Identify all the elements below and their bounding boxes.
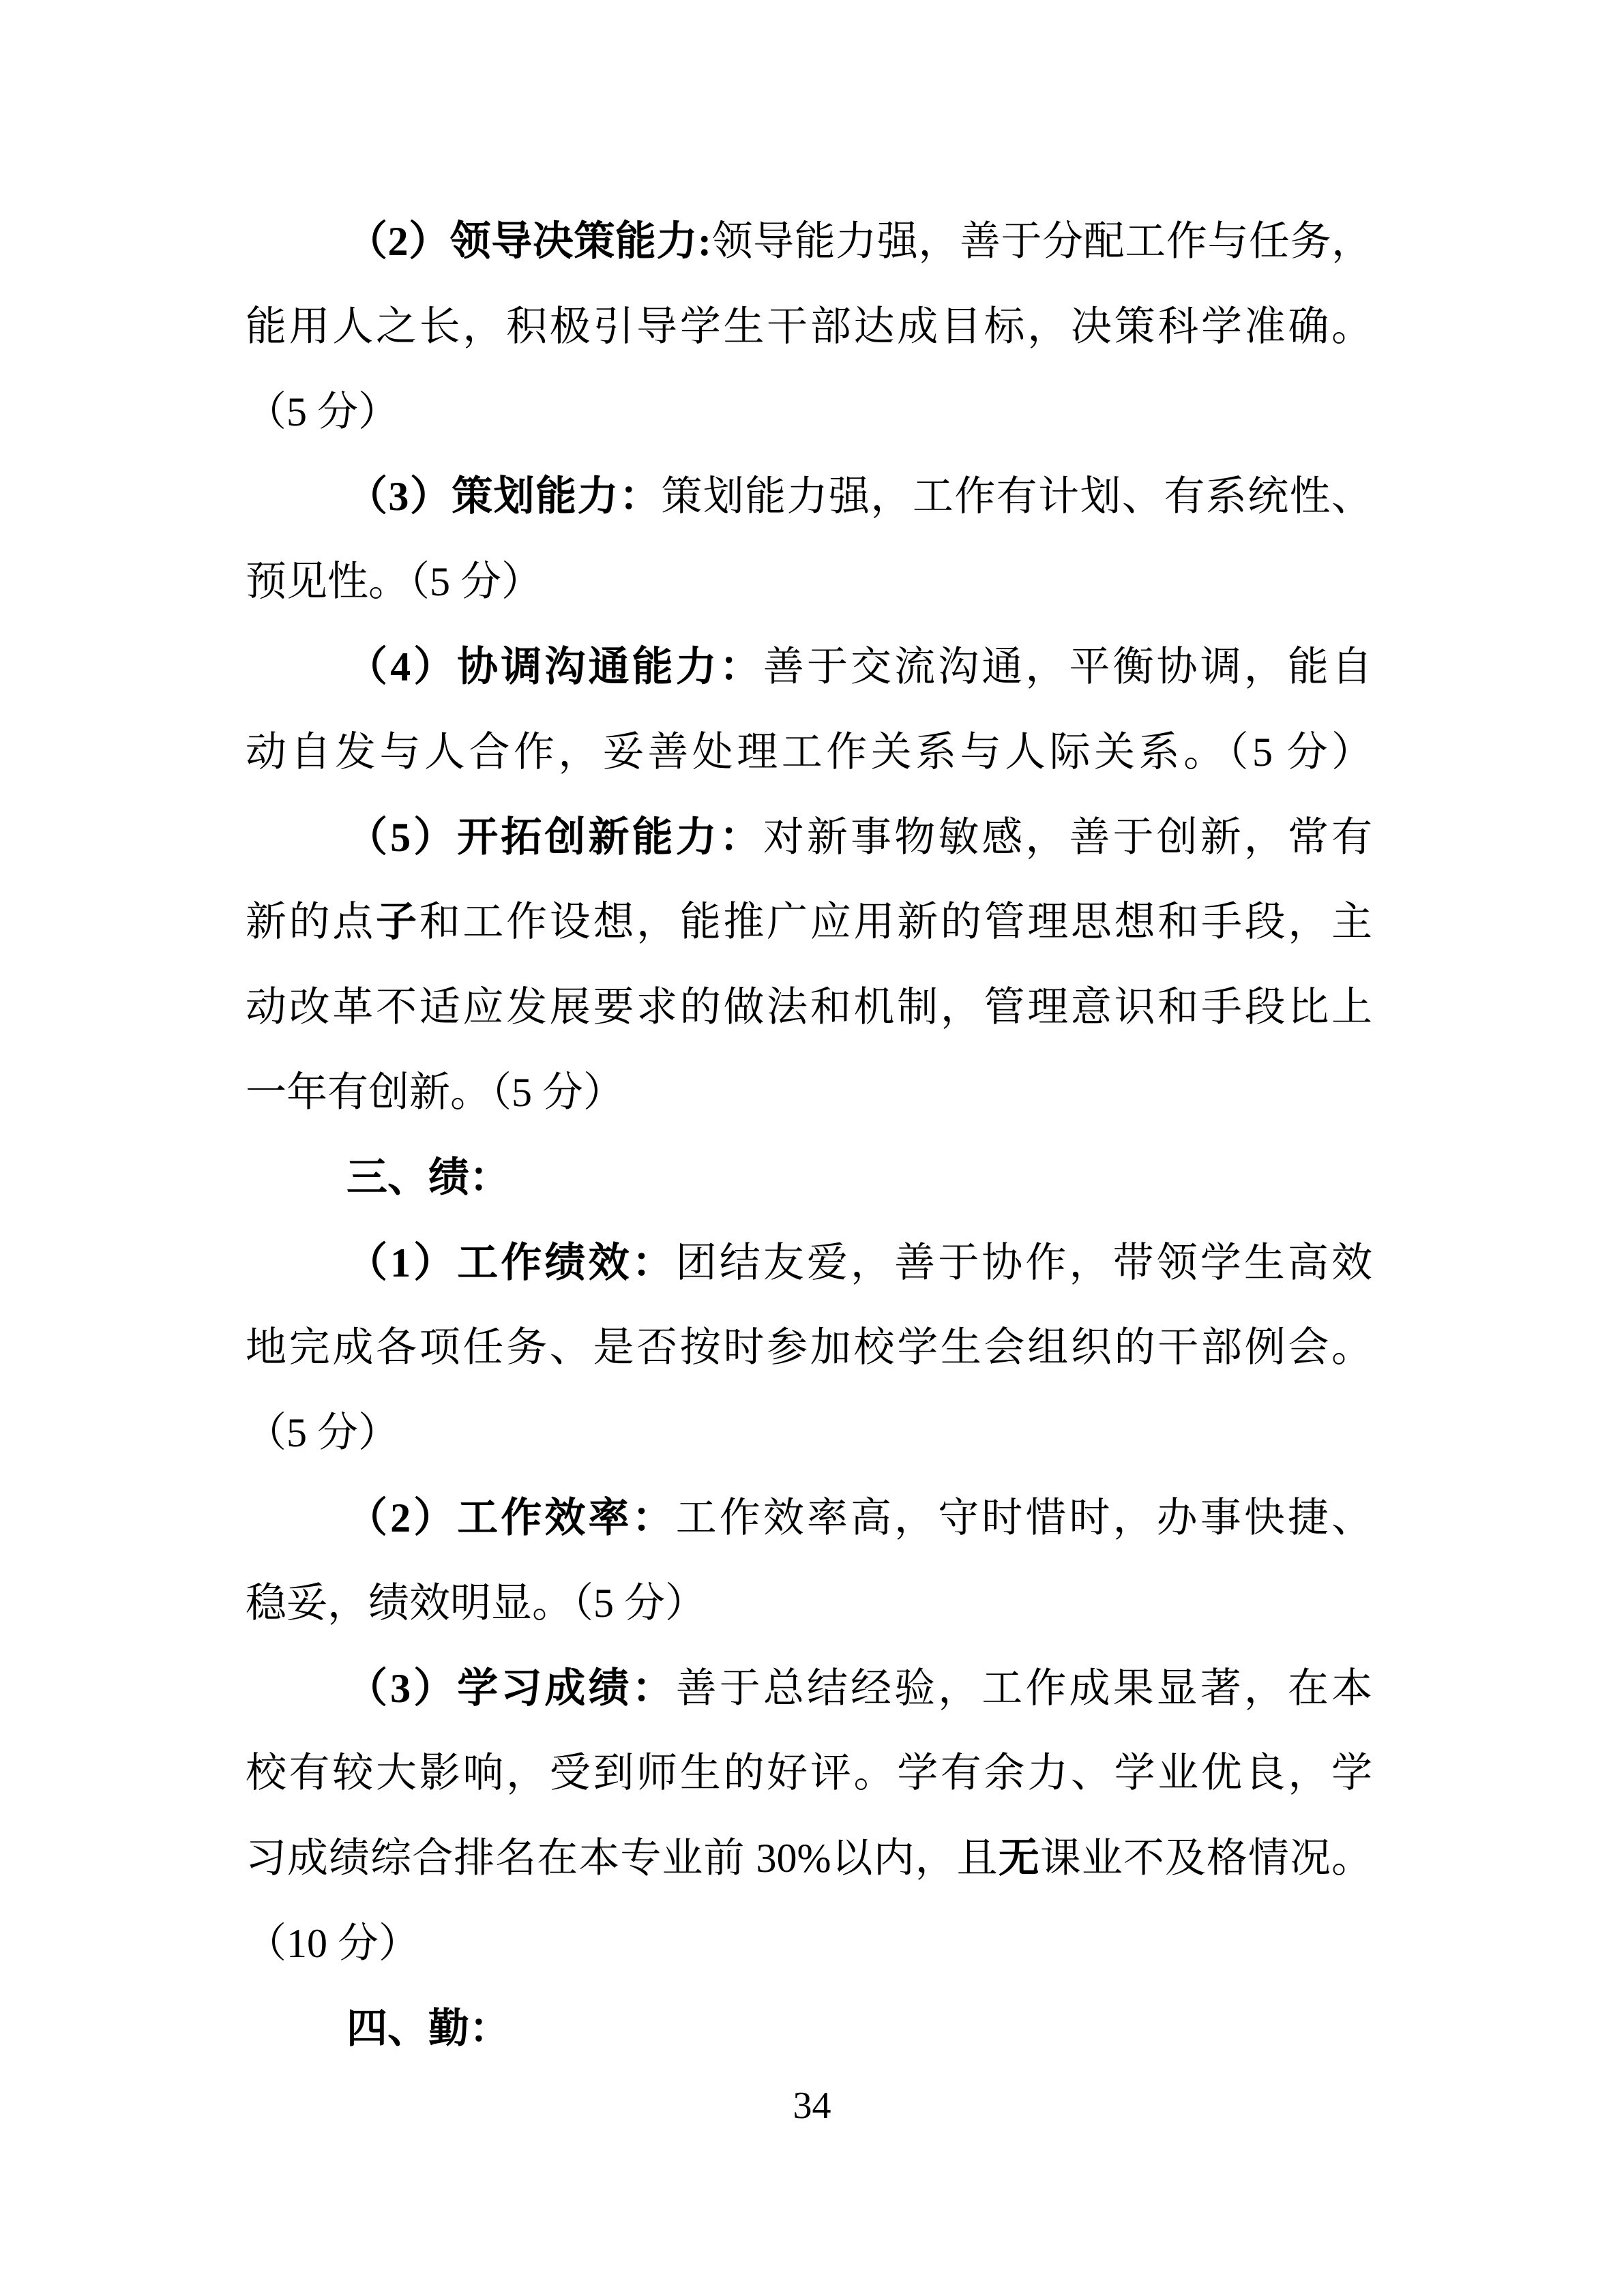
document-body: （2）领导决策能力:领导能力强，善于分配工作与任务，能用人之长，积极引导学生干部… (246, 199, 1372, 2072)
text-run: 课业不及格情况。 (1040, 1836, 1372, 1881)
text-line: 三、绩： (246, 1135, 1372, 1221)
text-run: 动改革不适应发展要求的做法和机制，管理意识和手段比上 (246, 985, 1372, 1030)
text-line: （5）开拓创新能力：对新事物敏感，善于创新，常有 (246, 795, 1372, 880)
text-run: 预见性。（5 分） (246, 559, 542, 604)
text-line: （10 分） (246, 1901, 1372, 1986)
text-line: 动改革不适应发展要求的做法和机制，管理意识和手段比上 (246, 965, 1372, 1050)
text-line: 能用人之长，积极引导学生干部达成目标，决策科学准确。 (246, 284, 1372, 370)
bold-run: （2）工作效率： (346, 1495, 676, 1540)
text-line: （4）协调沟通能力：善于交流沟通，平衡协调，能自 (246, 625, 1372, 710)
text-run: 稳妥，绩效明显。（5 分） (246, 1581, 706, 1626)
bold-run: 三、绩： (346, 1155, 510, 1200)
text-run: 能用人之长，积极引导学生干部达成目标，决策科学准确。 (246, 304, 1372, 349)
bold-run: （3）学习成绩： (346, 1666, 676, 1711)
text-run: 领导能力强，善于分配工作与任务， (711, 219, 1372, 264)
text-run: 善于交流沟通，平衡协调，能自 (763, 644, 1372, 689)
text-line: 预见性。（5 分） (246, 539, 1372, 625)
text-run: 对新事物敏感，善于创新，常有 (763, 815, 1372, 860)
text-run: 习成绩综合排名在本专业前 30%以内，且 (246, 1836, 999, 1881)
text-line: （3）策划能力：策划能力强，工作有计划、有系统性、 (246, 454, 1372, 539)
text-run: 新的点 (246, 899, 376, 944)
text-line: （2）领导决策能力:领导能力强，善于分配工作与任务， (246, 199, 1372, 284)
text-run: 和工作设想，能推广应用新的管理思想和手段，主 (419, 899, 1372, 944)
text-line: （2）工作效率：工作效率高，守时惜时，办事快捷、 (246, 1476, 1372, 1561)
text-line: 新的点子和工作设想，能推广应用新的管理思想和手段，主 (246, 880, 1372, 965)
text-line: 稳妥，绩效明显。（5 分） (246, 1561, 1372, 1646)
bold-run: （1）工作绩效： (346, 1240, 676, 1285)
text-line: 四、勤： (246, 1986, 1372, 2072)
text-run: 一年有创新。（5 分） (246, 1070, 624, 1115)
bold-run: （2）领导决策能力: (346, 219, 711, 264)
text-run: 校有较大影响，受到师生的好评。学有余力、学业优良，学 (246, 1750, 1372, 1795)
bold-run: （4）协调沟通能力： (346, 644, 763, 689)
text-line: 地完成各项任务、是否按时参加校学生会组织的干部例会。 (246, 1305, 1372, 1390)
text-line: 一年有创新。（5 分） (246, 1050, 1372, 1135)
text-run: 善于总结经验，工作成果显著，在本 (676, 1666, 1372, 1711)
text-line: （5 分） (246, 370, 1372, 455)
text-run: 工作效率高，守时惜时，办事快捷、 (676, 1495, 1372, 1540)
bold-run: （3）策划能力： (346, 474, 661, 519)
bold-run: （5）开拓创新能力： (346, 815, 763, 860)
alt-font-run: 无 (999, 1835, 1040, 1881)
alt-font-run: 子 (376, 899, 419, 944)
text-line: （5 分） (246, 1390, 1372, 1476)
text-run: （5 分） (246, 1410, 399, 1455)
text-run: 团结友爱，善于协作，带领学生高效 (676, 1240, 1372, 1285)
page-number: 34 (0, 2085, 1624, 2126)
text-run: 动自发与人合作，妥善处理工作关系与人际关系。（5 分） (246, 730, 1372, 775)
text-run: （10 分） (246, 1921, 419, 1966)
document-page: （2）领导决策能力:领导能力强，善于分配工作与任务，能用人之长，积极引导学生干部… (0, 0, 1624, 2296)
text-line: 校有较大影响，受到师生的好评。学有余力、学业优良，学 (246, 1731, 1372, 1816)
bold-run: 四、勤： (346, 2006, 510, 2051)
text-line: 动自发与人合作，妥善处理工作关系与人际关系。（5 分） (246, 710, 1372, 795)
text-run: 地完成各项任务、是否按时参加校学生会组织的干部例会。 (246, 1325, 1372, 1370)
text-line: （3）学习成绩：善于总结经验，工作成果显著，在本 (246, 1646, 1372, 1731)
text-run: （5 分） (246, 389, 399, 434)
text-run: 策划能力强，工作有计划、有系统性、 (661, 474, 1372, 519)
text-line: （1）工作绩效：团结友爱，善于协作，带领学生高效 (246, 1221, 1372, 1306)
text-line: 习成绩综合排名在本专业前 30%以内，且无课业不及格情况。 (246, 1816, 1372, 1901)
